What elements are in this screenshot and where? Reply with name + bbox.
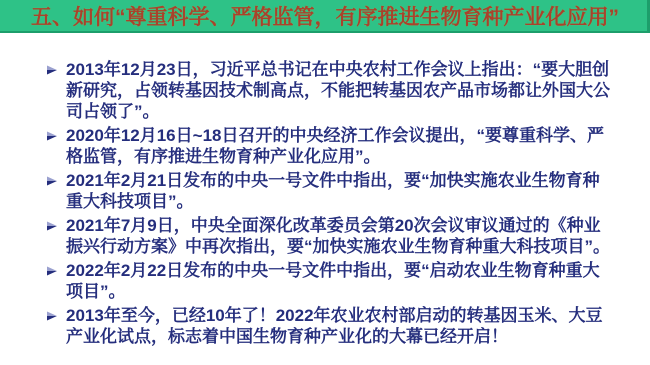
list-item: 2020年12月16日~18日召开的中央经济工作会议提出，“要尊重科学、严格监管… bbox=[46, 125, 612, 167]
arrowhead-right-icon bbox=[46, 215, 66, 232]
list-item: 2013年12月23日，习近平总书记在中央农村工作会议上指出：“要大胆创新研究，… bbox=[46, 59, 612, 122]
arrowhead-right-icon bbox=[46, 170, 66, 187]
slide-title: 五、如何“尊重科学、严格监管，有序推进生物育种产业化应用” bbox=[31, 1, 619, 31]
bullet-text: 2021年7月9日，中央全面深化改革委员会第20次会议审议通过的《种业振兴行动方… bbox=[66, 215, 612, 257]
bullet-text: 2013年至今，已经10年了！2022年农业农村部启动的转基因玉米、大豆产业化试… bbox=[66, 305, 612, 347]
list-item: 2021年7月9日，中央全面深化改革委员会第20次会议审议通过的《种业振兴行动方… bbox=[46, 215, 612, 257]
arrowhead-right-icon bbox=[46, 59, 66, 76]
arrowhead-right-icon bbox=[46, 260, 66, 277]
bullet-text: 2013年12月23日，习近平总书记在中央农村工作会议上指出：“要大胆创新研究，… bbox=[66, 59, 612, 122]
bullet-list: 2013年12月23日，习近平总书记在中央农村工作会议上指出：“要大胆创新研究，… bbox=[0, 33, 650, 347]
list-item: 2021年2月21日发布的中央一号文件中指出，要“加快实施农业生物育种重大科技项… bbox=[46, 170, 612, 212]
list-item: 2022年2月22日发布的中央一号文件中指出，要“启动农业生物育种重大项目”。 bbox=[46, 260, 612, 302]
list-item: 2013年至今，已经10年了！2022年农业农村部启动的转基因玉米、大豆产业化试… bbox=[46, 305, 612, 347]
bullet-text: 2020年12月16日~18日召开的中央经济工作会议提出，“要尊重科学、严格监管… bbox=[66, 125, 612, 167]
arrowhead-right-icon bbox=[46, 125, 66, 142]
arrowhead-right-icon bbox=[46, 305, 66, 322]
bullet-text: 2021年2月21日发布的中央一号文件中指出，要“加快实施农业生物育种重大科技项… bbox=[66, 170, 612, 212]
slide-title-bar: 五、如何“尊重科学、严格监管，有序推进生物育种产业化应用” bbox=[0, 0, 650, 33]
bullet-text: 2022年2月22日发布的中央一号文件中指出，要“启动农业生物育种重大项目”。 bbox=[66, 260, 612, 302]
presentation-slide: 五、如何“尊重科学、严格监管，有序推进生物育种产业化应用” 2013年12月23… bbox=[0, 0, 650, 365]
